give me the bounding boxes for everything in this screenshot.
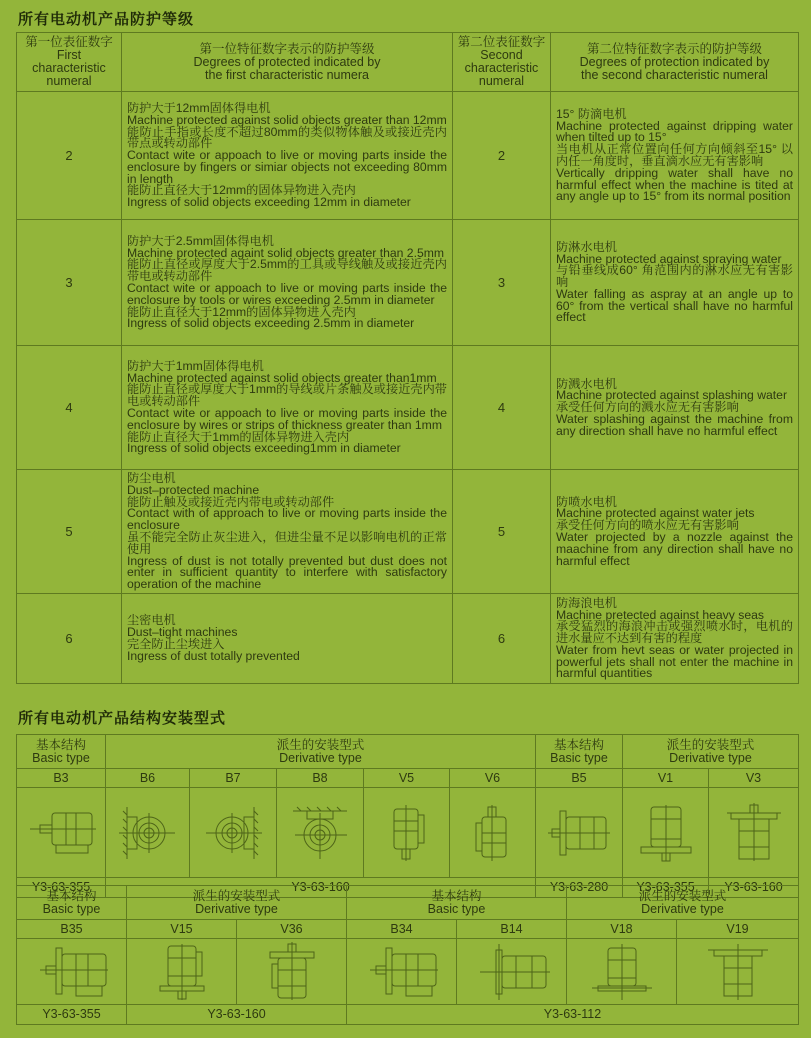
- desc-line: Water projected by a nozzle against the …: [556, 532, 793, 567]
- second-numeral: 6: [453, 594, 551, 684]
- desc-line: Ingress of dust is not totally prevented…: [127, 556, 447, 591]
- header-zh: 基本结构: [17, 890, 126, 903]
- motor-b7-icon: [198, 803, 268, 863]
- diagram-cell: [677, 939, 799, 1005]
- header-en: Derivative type: [106, 752, 535, 765]
- desc-line: Vertically dripping water shall have no …: [556, 168, 793, 203]
- second-description: 15° 防滴电机 Machine protected against dripp…: [551, 92, 799, 220]
- motor-b5-icon: [544, 803, 614, 863]
- header-text: 第二位特征数字表示的防护等级: [551, 43, 798, 56]
- header-first-numeral: 第一位表征数字 First characteristic numeral: [17, 33, 122, 92]
- basic-type-header: 基本结构Basic type: [17, 886, 127, 920]
- diagram-cell: [277, 788, 364, 878]
- diagram-cell: [190, 788, 277, 878]
- header-zh: 派生的安装型式: [567, 890, 798, 903]
- header-en: Basic type: [347, 903, 566, 916]
- motor-v6-icon: [458, 803, 528, 863]
- protection-header-row: 第一位表征数字 First characteristic numeral 第一位…: [17, 33, 799, 92]
- desc-line: 当电机从正常位置向任何方向倾斜至15° 以内任一角度时，垂直滴水应无有害影响: [556, 144, 793, 168]
- protection-section-title: 所有电动机产品防护等级: [18, 8, 194, 29]
- diagram-cell: [237, 939, 347, 1005]
- mount-code: V36: [237, 920, 347, 939]
- header-en: Derivative type: [567, 903, 798, 916]
- mount-code: V1: [623, 769, 709, 788]
- derivative-type-header: 派生的安装型式Derivative type: [623, 735, 799, 769]
- desc-line: Water splashing against the machine from…: [556, 414, 793, 438]
- motor-b8-icon: [285, 803, 355, 863]
- second-numeral: 4: [453, 346, 551, 470]
- mount-code: B34: [347, 920, 457, 939]
- diagram-cell: [623, 788, 709, 878]
- mounting-header-row: 基本结构Basic type 派生的安装型式Derivative type 基本…: [17, 886, 799, 920]
- mount-code: B3: [17, 769, 106, 788]
- desc-line: Contact wite or appoach to live or movin…: [127, 150, 447, 185]
- header-en: Basic type: [17, 903, 126, 916]
- diagram-cell: [709, 788, 799, 878]
- header-text: the first characteristic numera: [122, 69, 452, 82]
- protection-row: 3 防护大于2.5mm固体得电机 Machine protected again…: [17, 220, 799, 346]
- basic-type-header: 基本结构Basic type: [347, 886, 567, 920]
- motor-b35-icon: [32, 942, 112, 1002]
- desc-line: Water from hevt seas or water projected …: [556, 645, 793, 680]
- header-text: the second characteristic numeral: [551, 69, 798, 82]
- header-en: Basic type: [17, 752, 105, 765]
- mount-code: V19: [677, 920, 799, 939]
- mount-code: V6: [450, 769, 536, 788]
- desc-line: 虽不能完全防止灰尘进入，但进尘量不足以影响电机的正常使用: [127, 532, 447, 556]
- header-text: 第一位特征数字表示的防护等级: [122, 43, 452, 56]
- first-numeral: 2: [17, 92, 122, 220]
- desc-line: Contact wite or appoach to live or movin…: [127, 408, 447, 432]
- mount-code: B35: [17, 920, 127, 939]
- diagram-cell: [17, 788, 106, 878]
- mount-code: V5: [364, 769, 450, 788]
- protection-row: 5 防尘电机 Dust–protected machine 能防止触及或接近壳内…: [17, 470, 799, 594]
- first-description: 防护大于1mm固体得电机 Machine protected against s…: [122, 346, 453, 470]
- motor-b34-icon: [362, 942, 442, 1002]
- first-numeral: 3: [17, 220, 122, 346]
- desc-line: Machine protected against dripping water…: [556, 121, 793, 145]
- mount-code: B8: [277, 769, 364, 788]
- model-row: Y3-63-355 Y3-63-160 Y3-63-112: [17, 1005, 799, 1025]
- model-range: Y3-63-160: [127, 1005, 347, 1025]
- derivative-type-header: 派生的安装型式Derivative type: [106, 735, 536, 769]
- desc-line: Ingress of solid objects exceeding 2.5mm…: [127, 318, 447, 330]
- motor-v1-icon: [631, 803, 701, 863]
- model-range: Y3-63-112: [347, 1005, 799, 1025]
- diagram-cell: [127, 939, 237, 1005]
- second-description: 防淋水电机 Machine protected against spraying…: [551, 220, 799, 346]
- header-en: Derivative type: [623, 752, 798, 765]
- mount-code-row: B3 B6 B7 B8 V5 V6 B5 V1 V3: [17, 769, 799, 788]
- header-zh: 基本结构: [536, 739, 622, 752]
- desc-line: 能防止手指或长度不超过80mm的类似物体触及或接近壳内带点或转动部件: [127, 127, 447, 151]
- desc-line: 能防止直径或厚度大于2.5mm的工具或导线触及或接近壳内带电或转动部件: [127, 259, 447, 283]
- first-description: 尘密电机 Dust–tight machines 完全防止尘埃进入 Ingres…: [122, 594, 453, 684]
- motor-v19-icon: [698, 942, 778, 1002]
- motor-b6-icon: [113, 803, 183, 863]
- diagram-cell: [364, 788, 450, 878]
- desc-line: Ingress of dust totally prevented: [127, 651, 447, 663]
- mount-code: B14: [457, 920, 567, 939]
- header-zh: 派生的安装型式: [623, 739, 798, 752]
- diagram-cell: [106, 788, 190, 878]
- diagram-cell: [567, 939, 677, 1005]
- derivative-type-header: 派生的安装型式Derivative type: [127, 886, 347, 920]
- header-text: Degrees of protection indicated by: [551, 56, 798, 69]
- basic-type-header: 基本结构Basic type: [536, 735, 623, 769]
- second-numeral: 2: [453, 92, 551, 220]
- header-zh: 派生的安装型式: [106, 739, 535, 752]
- second-numeral: 5: [453, 470, 551, 594]
- mount-diagram-row: [17, 788, 799, 878]
- header-zh: 基本结构: [347, 890, 566, 903]
- mount-code: B6: [106, 769, 190, 788]
- first-numeral: 4: [17, 346, 122, 470]
- desc-line: Ingress of solid objects exceeding 12mm …: [127, 197, 447, 209]
- header-text: Degrees of protected indicated by: [122, 56, 452, 69]
- motor-b14-icon: [472, 942, 552, 1002]
- header-en: Basic type: [536, 752, 622, 765]
- derivative-type-header: 派生的安装型式Derivative type: [567, 886, 799, 920]
- motor-v18-icon: [582, 942, 662, 1002]
- second-description: 防海浪电机 Machine pretected against heavy se…: [551, 594, 799, 684]
- second-numeral: 3: [453, 220, 551, 346]
- desc-line: Contact with of approach to live or movi…: [127, 508, 447, 532]
- desc-line: 与铅垂线成60° 角范围内的淋水应无有害影响: [556, 265, 793, 289]
- desc-line: Contact wite or appoach to live or movin…: [127, 283, 447, 307]
- header-text: numeral: [17, 75, 121, 88]
- mount-diagram-row: [17, 939, 799, 1005]
- first-description: 防护大于12mm固体得电机 Machine protected against …: [122, 92, 453, 220]
- mount-code: B7: [190, 769, 277, 788]
- diagram-cell: [457, 939, 567, 1005]
- desc-line: Ingress of solid objects exceeding1mm in…: [127, 443, 447, 455]
- diagram-cell: [17, 939, 127, 1005]
- mounting-table-1: 基本结构Basic type 派生的安装型式Derivative type 基本…: [16, 734, 799, 898]
- basic-type-header: 基本结构Basic type: [17, 735, 106, 769]
- mounting-section-title: 所有电动机产品结构安装型式: [18, 707, 226, 728]
- diagram-cell: [450, 788, 536, 878]
- mount-code: V18: [567, 920, 677, 939]
- motor-v36-icon: [252, 942, 332, 1002]
- header-second-numeral: 第二位表征数字 Second characteristic numeral: [453, 33, 551, 92]
- header-zh: 基本结构: [17, 739, 105, 752]
- header-second-desc: 第二位特征数字表示的防护等级 Degrees of protection ind…: [551, 33, 799, 92]
- header-zh: 派生的安装型式: [127, 890, 346, 903]
- desc-line: 承受猛烈的海浪冲击或强烈喷水时，电机的进水量应不达到有害的程度: [556, 621, 793, 645]
- protection-table: 第一位表征数字 First characteristic numeral 第一位…: [16, 32, 799, 684]
- motor-v5-icon: [372, 803, 442, 863]
- header-text: numeral: [453, 75, 550, 88]
- motor-v3-icon: [719, 803, 789, 863]
- second-description: 防溅水电机 Machine protected against splashin…: [551, 346, 799, 470]
- protection-row: 6 尘密电机 Dust–tight machines 完全防止尘埃进入 Ingr…: [17, 594, 799, 684]
- mounting-header-row: 基本结构Basic type 派生的安装型式Derivative type 基本…: [17, 735, 799, 769]
- first-description: 防护大于2.5mm固体得电机 Machine protected againt …: [122, 220, 453, 346]
- mounting-table-2: 基本结构Basic type 派生的安装型式Derivative type 基本…: [16, 885, 799, 1025]
- first-numeral: 5: [17, 470, 122, 594]
- diagram-cell: [536, 788, 623, 878]
- motor-b3-icon: [26, 803, 96, 863]
- mount-code: V3: [709, 769, 799, 788]
- desc-line: 能防止直径或厚度大于1mm的导线或片条触及或接近壳内带电或转动部件: [127, 384, 447, 408]
- header-first-desc: 第一位特征数字表示的防护等级 Degrees of protected indi…: [122, 33, 453, 92]
- model-range: Y3-63-355: [17, 1005, 127, 1025]
- motor-v15-icon: [142, 942, 222, 1002]
- mount-code-row: B35 V15 V36 B34 B14 V18 V19: [17, 920, 799, 939]
- header-en: Derivative type: [127, 903, 346, 916]
- protection-row: 2 防护大于12mm固体得电机 Machine protected agains…: [17, 92, 799, 220]
- mount-code: V15: [127, 920, 237, 939]
- protection-row: 4 防护大于1mm固体得电机 Machine protected against…: [17, 346, 799, 470]
- diagram-cell: [347, 939, 457, 1005]
- first-description: 防尘电机 Dust–protected machine 能防止触及或接近壳内带电…: [122, 470, 453, 594]
- mount-code: B5: [536, 769, 623, 788]
- first-numeral: 6: [17, 594, 122, 684]
- desc-line: Water falling as aspray at an angle up t…: [556, 289, 793, 324]
- second-description: 防喷水电机 Machine protected against water je…: [551, 470, 799, 594]
